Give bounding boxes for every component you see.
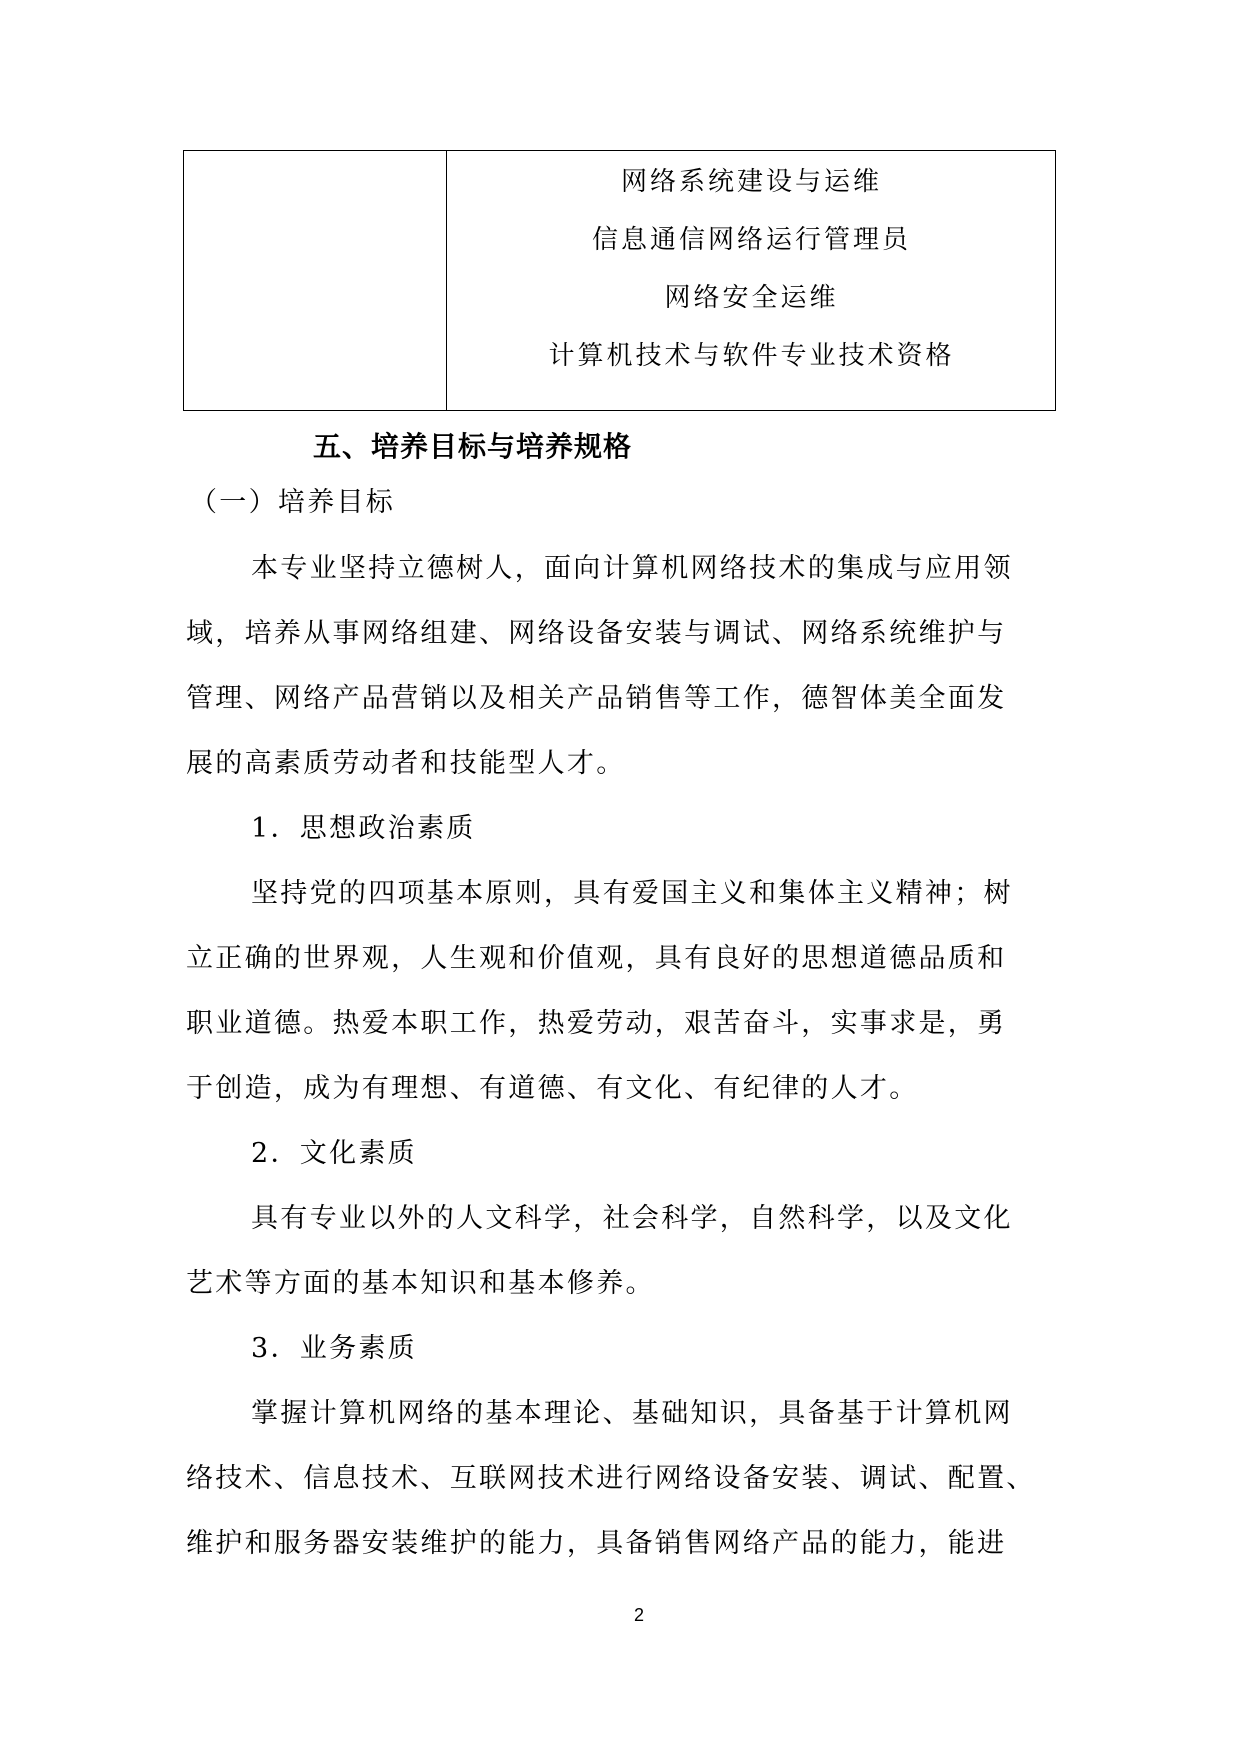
paragraph-line: 展的高素质劳动者和技能型人才。 — [186, 748, 626, 780]
table-cell-line: 网络系统建设与运维 — [448, 167, 1055, 197]
paragraph-line: 坚持党的四项基本原则，具有爱国主义和集体主义精神；树 — [251, 878, 1013, 910]
paragraph-line: 维护和服务器安装维护的能力，具备销售网络产品的能力，能进 — [186, 1528, 1006, 1560]
section-heading: 五、培养目标与培养规格 — [313, 430, 632, 464]
paragraph-line: 职业道德。热爱本职工作，热爱劳动，艰苦奋斗，实事求是，勇 — [186, 1008, 1006, 1040]
subsection-heading: （一）培养目标 — [190, 487, 395, 519]
paragraph-line: 具有专业以外的人文科学，社会科学，自然科学，以及文化 — [251, 1203, 1013, 1235]
item-title: 2．文化素质 — [251, 1138, 417, 1170]
item-title: 1．思想政治素质 — [251, 813, 476, 845]
table-column-divider — [446, 151, 447, 410]
paragraph-line: 于创造，成为有理想、有道德、有文化、有纪律的人才。 — [186, 1073, 919, 1105]
paragraph-line: 域，培养从事网络组建、网络设备安装与调试、网络系统维护与 — [186, 618, 1006, 650]
paragraph-line: 艺术等方面的基本知识和基本修养。 — [186, 1268, 655, 1300]
occupation-table: 网络系统建设与运维 信息通信网络运行管理员 网络安全运维 计算机技术与软件专业技… — [183, 150, 1056, 411]
item-title: 3．业务素质 — [251, 1333, 417, 1365]
table-cell-line: 信息通信网络运行管理员 — [448, 225, 1055, 255]
paragraph-line: 掌握计算机网络的基本理论、基础知识，具备基于计算机网 — [251, 1398, 1013, 1430]
page-number: 2 — [634, 1605, 644, 1626]
paragraph-line: 本专业坚持立德树人，面向计算机网络技术的集成与应用领 — [251, 553, 1013, 585]
table-cell-certificates: 网络系统建设与运维 信息通信网络运行管理员 网络安全运维 计算机技术与软件专业技… — [448, 151, 1055, 410]
paragraph-line: 管理、网络产品营销以及相关产品销售等工作，德智体美全面发 — [186, 683, 1006, 715]
table-cell-line: 网络安全运维 — [448, 283, 1055, 313]
paragraph-line: 络技术、信息技术、互联网技术进行网络设备安装、调试、配置、 — [186, 1463, 1036, 1495]
table-cell-line: 计算机技术与软件专业技术资格 — [448, 341, 1055, 371]
paragraph-line: 立正确的世界观，人生观和价值观，具有良好的思想道德品质和 — [186, 943, 1006, 975]
